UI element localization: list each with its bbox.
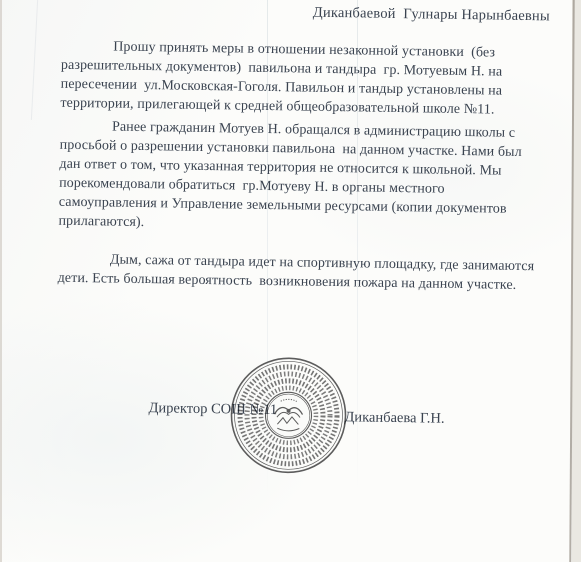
coat-of-arms-emblem-icon bbox=[274, 399, 302, 431]
paragraph: Прошу принять меры в отношении незаконно… bbox=[60, 37, 563, 121]
seal-rings bbox=[231, 357, 347, 473]
round-official-seal-stamp bbox=[228, 354, 350, 476]
letter-content: Диканбаевой Гулнары Нарынбаевны Прошу пр… bbox=[0, 0, 575, 562]
signature-name: Диканбаева Г.Н. bbox=[344, 409, 444, 428]
paragraph: Ранее гражданин Мотуев Н. обращался в ад… bbox=[58, 117, 562, 239]
addressee-line: Диканбаевой Гулнары Нарынбаевны bbox=[313, 5, 550, 26]
letter-body: Прошу принять меры в отношении незаконно… bbox=[57, 37, 563, 296]
scanned-letter-page: Диканбаевой Гулнары Нарынбаевны Прошу пр… bbox=[0, 0, 581, 562]
paragraph: Дым, сажа от тандыра идет на спортивную … bbox=[57, 250, 560, 296]
